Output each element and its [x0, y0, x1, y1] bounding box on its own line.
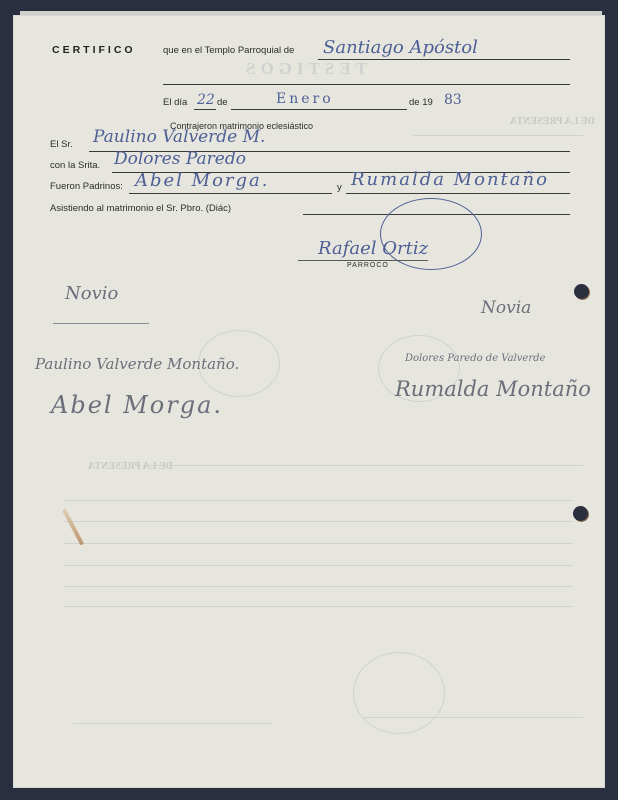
ghost-line: [413, 135, 583, 136]
ghost-line: [63, 521, 573, 522]
ghost-line: [143, 465, 583, 466]
sr-label: El Sr.: [50, 139, 73, 150]
ghost-line: [63, 565, 573, 566]
novia-heading: Novia: [481, 298, 531, 318]
padrino-line: [129, 193, 332, 194]
ghost-line: [63, 500, 573, 501]
bleed-through-heading-testigos: TESTIGOS: [241, 59, 367, 79]
padrino-signature: Abel Morga.: [51, 391, 223, 419]
ghost-line: [73, 723, 273, 724]
ghost-line: [63, 586, 573, 587]
certificate-page: TESTIGOS DE LA PRESENTA DE LA PRESENTA C…: [13, 15, 605, 788]
mes-line: [231, 109, 407, 110]
dia-label: El día: [163, 97, 187, 108]
ghost-line: [63, 543, 573, 544]
madrina-signature: Rumalda Montaño: [395, 377, 591, 401]
hole-punch-bottom: [573, 506, 588, 521]
ghost-line: [63, 606, 573, 607]
asistiendo-label: Asistiendo al matrimonio el Sr. Pbro. (D…: [50, 203, 231, 214]
novia-signature: Dolores Paredo de Valverde: [405, 353, 545, 364]
de-label-2: de 19: [409, 97, 433, 108]
templo-label: que en el Templo Parroquial de: [163, 45, 294, 56]
de-label-1: de: [217, 97, 228, 108]
bleed-through-heading-1: DE LA PRESENTA: [510, 116, 595, 127]
novio-signature: Paulino Valverde Montaño.: [35, 355, 239, 373]
templo-line-2: [163, 84, 570, 85]
parroco-signature: Rafael Ortiz: [318, 238, 428, 259]
padrino-value: Abel Morga.: [135, 170, 270, 191]
hole-punch-top: [574, 284, 589, 299]
templo-line: [318, 59, 570, 60]
parroco-label: PARROCO: [347, 262, 389, 269]
dia-value: 22: [197, 92, 215, 108]
dia-line: [194, 109, 216, 110]
novio-heading: Novio: [65, 283, 118, 304]
ghost-stamp: [353, 652, 445, 734]
certificate-title: CERTIFICO: [52, 44, 136, 56]
templo-value: Santiago Apóstol: [323, 37, 478, 58]
madrina-value: Rumalda Montaño: [351, 169, 549, 190]
mes-value: Enero: [276, 91, 334, 107]
bleed-through-heading-2: DE LA PRESENTA: [88, 461, 173, 472]
y-label: y: [337, 182, 342, 193]
srita-label: con la Srita.: [50, 160, 100, 171]
novia-value: Dolores Paredo: [114, 149, 246, 169]
novio-value: Paulino Valverde M.: [93, 127, 265, 147]
madrina-line: [346, 193, 570, 194]
anio-value: 83: [444, 92, 462, 108]
novio-heading-underline: [53, 323, 149, 324]
padrinos-label: Fueron Padrinos:: [50, 181, 123, 192]
rust-stain: [62, 508, 84, 545]
parroco-line: [298, 260, 428, 261]
